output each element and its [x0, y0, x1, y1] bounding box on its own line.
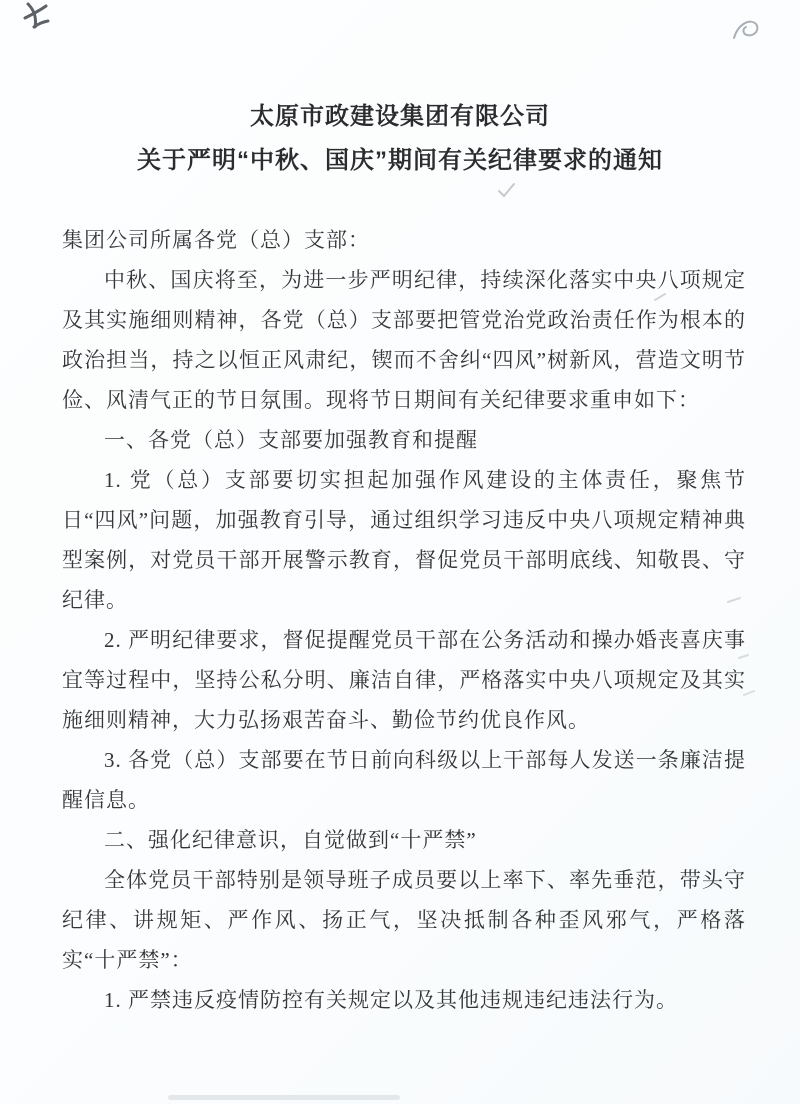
paragraph-item-1-1: 1. 党（总）支部要切实担起加强作风建设的主体责任，聚焦节日“四风”问题，加强教… — [62, 460, 746, 620]
tick-mark-artifact — [497, 182, 517, 198]
section-heading-2: 二、强化纪律意识，自觉做到“十严禁” — [62, 820, 746, 860]
section-heading-1: 一、各党（总）支部要加强教育和提醒 — [62, 420, 746, 460]
paragraph-intro: 中秋、国庆将至，为进一步严明纪律，持续深化落实中央八项规定及其实施细则精神，各党… — [62, 260, 746, 420]
document-title: 太原市政建设集团有限公司 — [0, 100, 800, 134]
paragraph-item-2-1: 1. 严禁违反疫情防控有关规定以及其他违规违纪违法行为。 — [62, 980, 746, 1020]
title-block: 太原市政建设集团有限公司 关于严明“中秋、国庆”期间有关纪律要求的通知 — [0, 0, 800, 178]
paragraph-section-2-intro: 全体党员干部特别是领导班子成员要以上率下、率先垂范，带头守纪律、讲规矩、严作风、… — [62, 860, 746, 980]
document-body: 集团公司所属各党（总）支部： 中秋、国庆将至，为进一步严明纪律，持续深化落实中央… — [62, 220, 746, 1020]
salutation-line: 集团公司所属各党（总）支部： — [62, 220, 746, 260]
scanned-document-page: 太原市政建设集团有限公司 关于严明“中秋、国庆”期间有关纪律要求的通知 集团公司… — [0, 0, 800, 1104]
paragraph-item-1-3: 3. 各党（总）支部要在节日前向科级以上干部每人发送一条廉洁提醒信息。 — [62, 740, 746, 820]
paragraph-item-1-2: 2. 严明纪律要求，督促提醒党员干部在公务活动和操办婚丧喜庆事宜等过程中，坚持公… — [62, 620, 746, 740]
scan-edge-smudge — [168, 1095, 400, 1100]
document-subtitle: 关于严明“中秋、国庆”期间有关纪律要求的通知 — [0, 144, 800, 178]
